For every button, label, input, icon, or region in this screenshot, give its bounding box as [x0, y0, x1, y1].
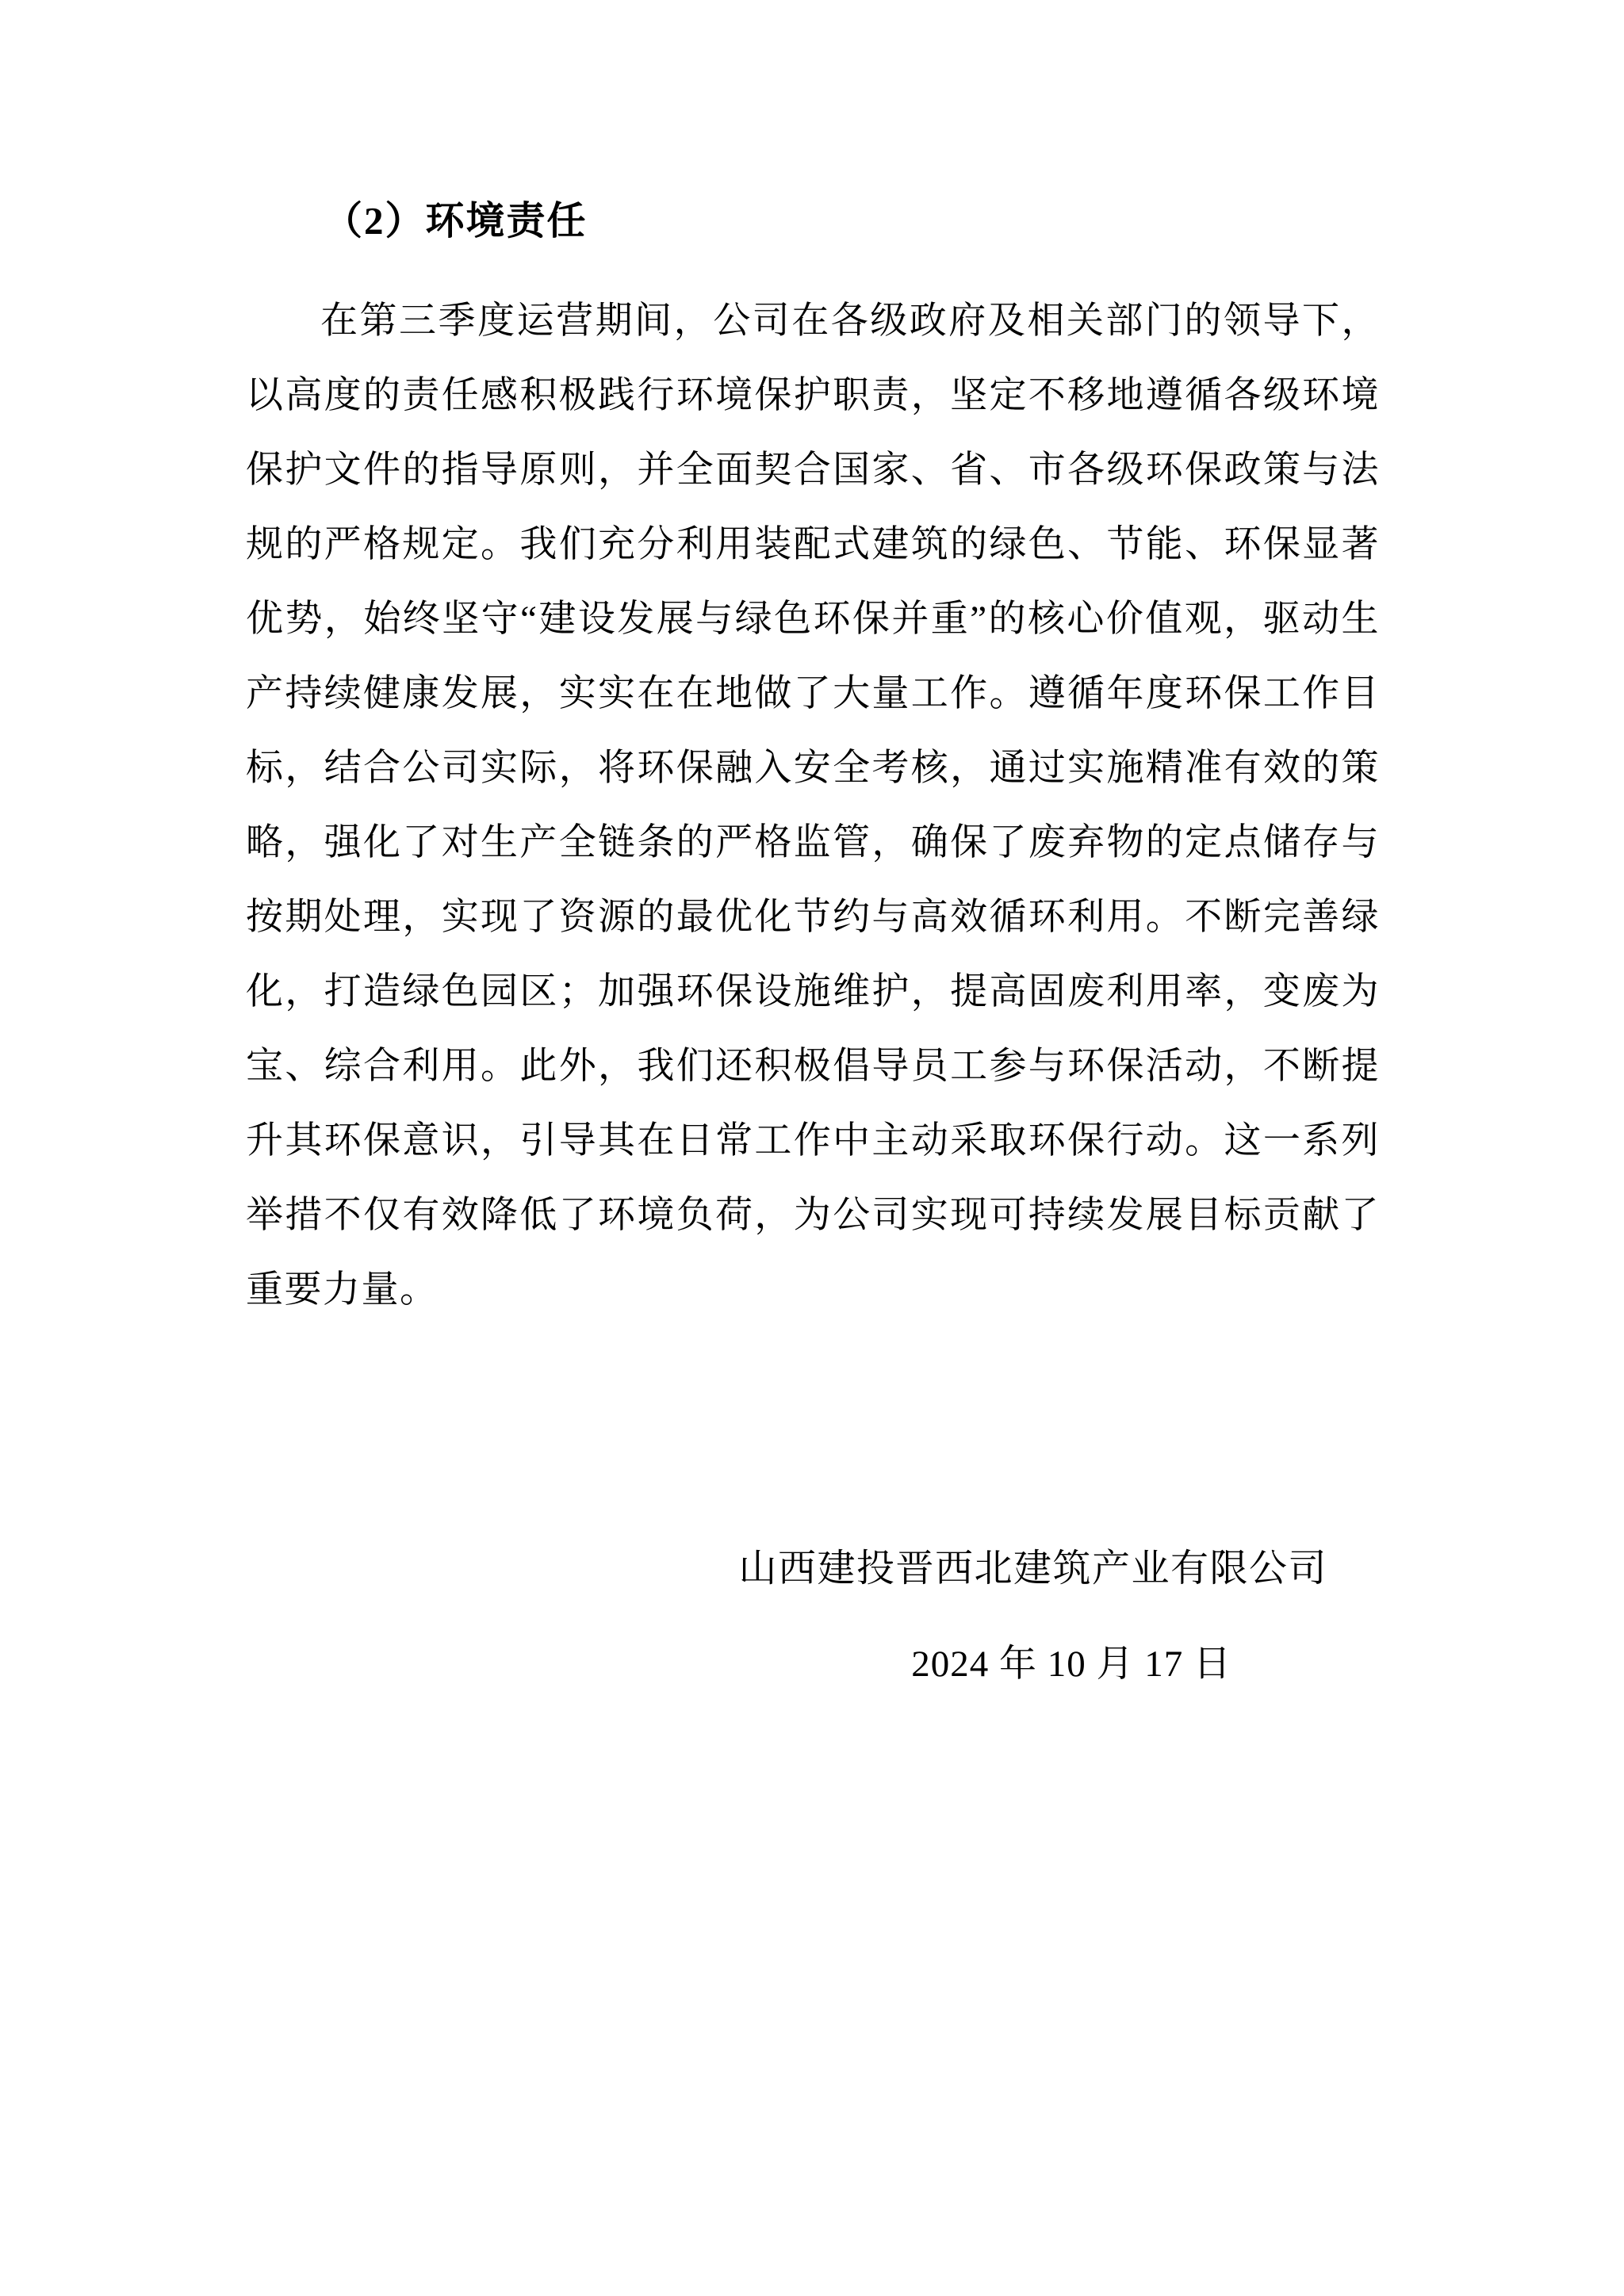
- document-page: （2）环境责任 在第三季度运营期间，公司在各级政府及相关部门的领导下，以高度的责…: [0, 0, 1624, 2296]
- section-heading: （2）环境责任: [246, 184, 1380, 258]
- signature-block: 山西建投晋西北建筑产业有限公司 2024 年 10 月 17 日: [246, 1532, 1380, 1701]
- body-paragraph: 在第三季度运营期间，公司在各级政府及相关部门的领导下，以高度的责任感积极践行环境…: [246, 284, 1380, 1327]
- signature-company-name: 山西建投晋西北建筑产业有限公司: [246, 1532, 1327, 1606]
- signature-date: 2024 年 10 月 17 日: [246, 1627, 1231, 1701]
